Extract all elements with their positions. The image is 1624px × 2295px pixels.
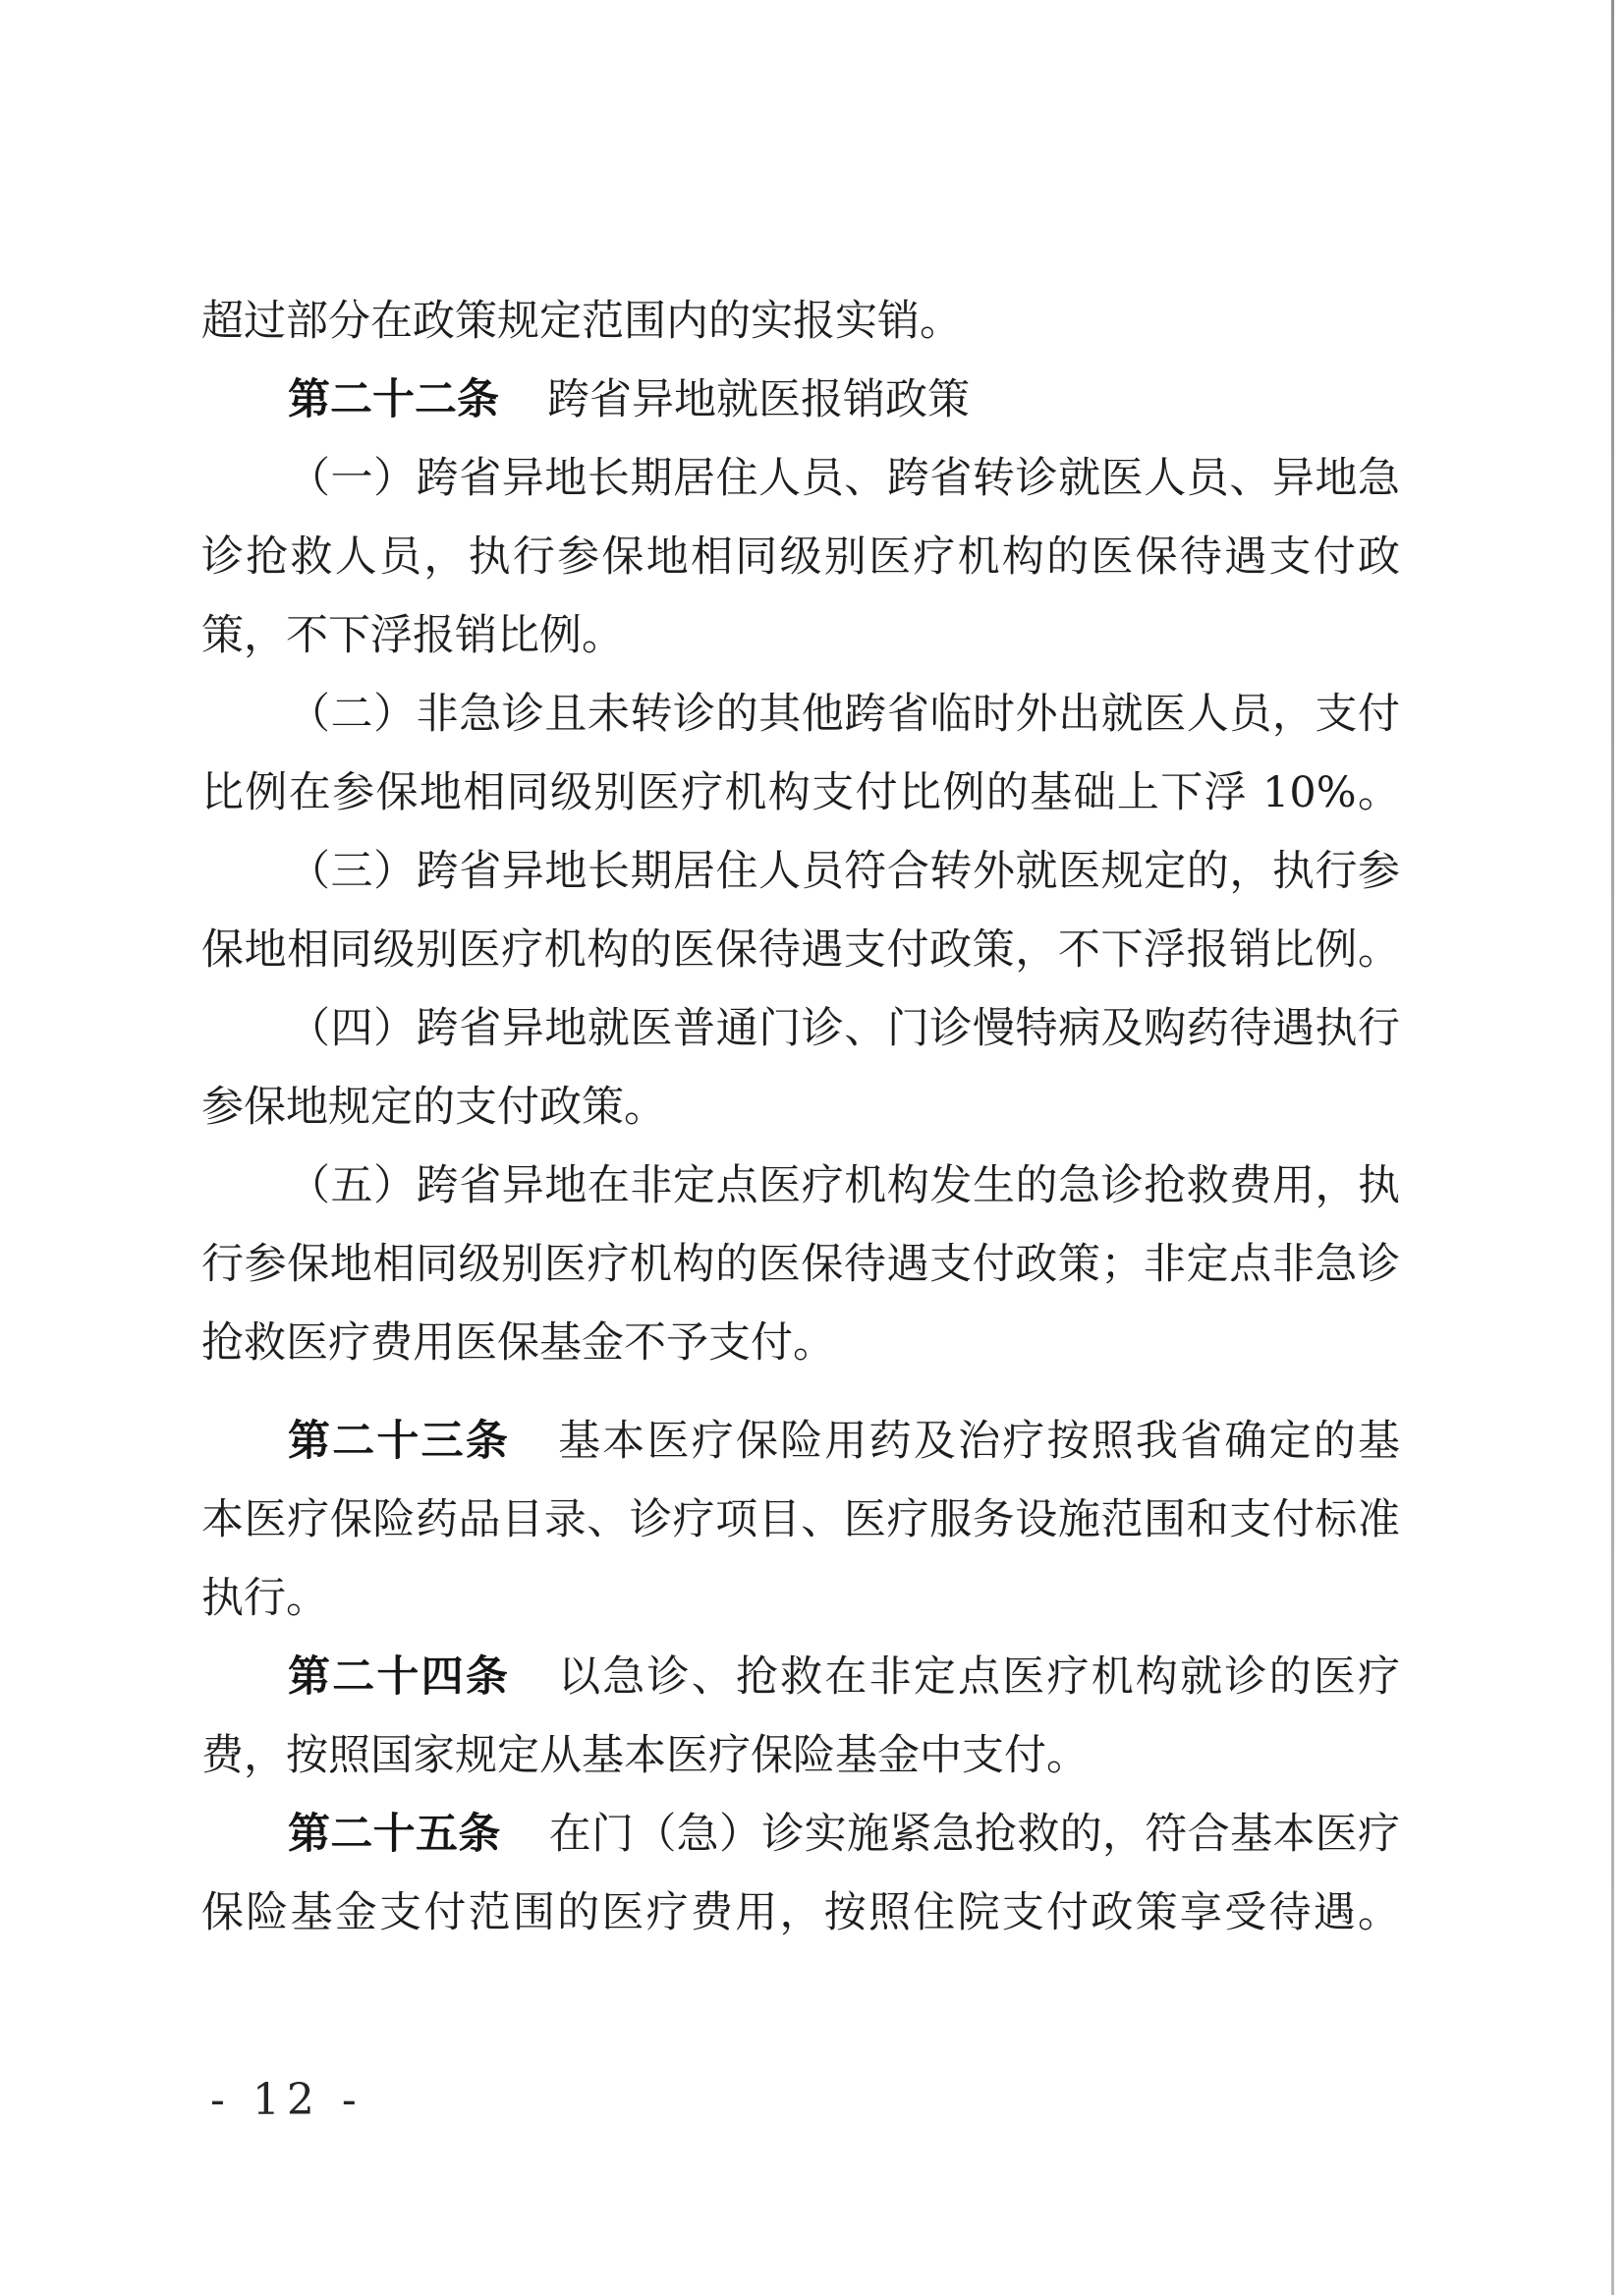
text-line: （三）跨省异地长期居住人员符合转外就医规定的，执行参 [201, 832, 1400, 911]
text-line: 诊抢救人员，执行参保地相同级别医疗机构的医保待遇支付政 [201, 518, 1400, 596]
paragraph-item-2: （二）非急诊且未转诊的其他跨省临时外出就医人员，支付 比例在参保地相同级别医疗机… [201, 675, 1400, 832]
text-line: 策，不下浮报销比例。 [201, 596, 1400, 675]
article-text: 在门（急）诊实施紧急抢救的，符合基本医疗 [549, 1810, 1400, 1859]
text-line: 第二十五条在门（急）诊实施紧急抢救的，符合基本医疗 [201, 1795, 1400, 1874]
article-number: 第二十五条 [288, 1810, 501, 1859]
paragraph-item-5: （五）跨省异地在非定点医疗机构发生的急诊抢救费用，执 行参保地相同级别医疗机构的… [201, 1147, 1400, 1382]
article-title: 跨省异地就医报销政策 [547, 375, 970, 424]
text-line: 第二十四条以急诊、抢救在非定点医疗机构就诊的医疗 [201, 1638, 1400, 1716]
text-line: 抢救医疗费用医保基金不予支付。 [201, 1304, 1400, 1382]
paragraph-article-25: 第二十五条在门（急）诊实施紧急抢救的，符合基本医疗 保险基金支付范围的医疗费用，… [201, 1795, 1400, 1952]
text-line: （四）跨省异地就医普通门诊、门诊慢特病及购药待遇执行 [201, 989, 1400, 1068]
paragraph-continuation: 超过部分在政策规定范围内的实报实销。 [201, 282, 1400, 361]
document-page: 超过部分在政策规定范围内的实报实销。 第二十二条跨省异地就医报销政策 （一）跨省… [0, 0, 1624, 2295]
article-number: 第二十三条 [288, 1417, 510, 1466]
paragraph-article-22: 第二十二条跨省异地就医报销政策 [201, 361, 1400, 439]
scan-edge-line [1611, 0, 1614, 2295]
text-line: 比例在参保地相同级别医疗机构支付比例的基础上下浮 10%。 [201, 754, 1400, 832]
paragraph-article-24: 第二十四条以急诊、抢救在非定点医疗机构就诊的医疗 费，按照国家规定从基本医疗保险… [201, 1638, 1400, 1795]
text-line: （五）跨省异地在非定点医疗机构发生的急诊抢救费用，执 [201, 1147, 1400, 1225]
article-text: 以急诊、抢救在非定点医疗机构就诊的医疗 [558, 1652, 1400, 1702]
paragraph-item-1: （一）跨省异地长期居住人员、跨省转诊就医人员、异地急 诊抢救人员，执行参保地相同… [201, 439, 1400, 675]
text-line: 执行。 [201, 1559, 1400, 1638]
page-number: - 12 - [210, 2079, 364, 2122]
text-line: 参保地规定的支付政策。 [201, 1068, 1400, 1147]
text-line: 本医疗保险药品目录、诊疗项目、医疗服务设施范围和支付标准 [201, 1481, 1400, 1559]
paragraph-item-4: （四）跨省异地就医普通门诊、门诊慢特病及购药待遇执行 参保地规定的支付政策。 [201, 989, 1400, 1147]
text-line: 第二十二条跨省异地就医报销政策 [201, 361, 1400, 439]
paragraph-item-3: （三）跨省异地长期居住人员符合转外就医规定的，执行参 保地相同级别医疗机构的医保… [201, 832, 1400, 989]
text-line: 保地相同级别医疗机构的医保待遇支付政策，不下浮报销比例。 [201, 911, 1400, 989]
text-line: 超过部分在政策规定范围内的实报实销。 [201, 282, 1400, 361]
text-line: 行参保地相同级别医疗机构的医保待遇支付政策；非定点非急诊 [201, 1225, 1400, 1304]
text-line: （一）跨省异地长期居住人员、跨省转诊就医人员、异地急 [201, 439, 1400, 518]
article-text: 基本医疗保险用药及治疗按照我省确定的基 [558, 1417, 1400, 1466]
text-line: 费，按照国家规定从基本医疗保险基金中支付。 [201, 1716, 1400, 1795]
paragraph-article-23: 第二十三条基本医疗保险用药及治疗按照我省确定的基 本医疗保险药品目录、诊疗项目、… [201, 1402, 1400, 1638]
text-line: （二）非急诊且未转诊的其他跨省临时外出就医人员，支付 [201, 675, 1400, 754]
document-body: 超过部分在政策规定范围内的实报实销。 第二十二条跨省异地就医报销政策 （一）跨省… [201, 282, 1400, 1952]
text-line: 保险基金支付范围的医疗费用，按照住院支付政策享受待遇。 [201, 1874, 1400, 1952]
article-number: 第二十二条 [288, 375, 499, 424]
article-number: 第二十四条 [288, 1652, 510, 1702]
text-line: 第二十三条基本医疗保险用药及治疗按照我省确定的基 [201, 1402, 1400, 1481]
